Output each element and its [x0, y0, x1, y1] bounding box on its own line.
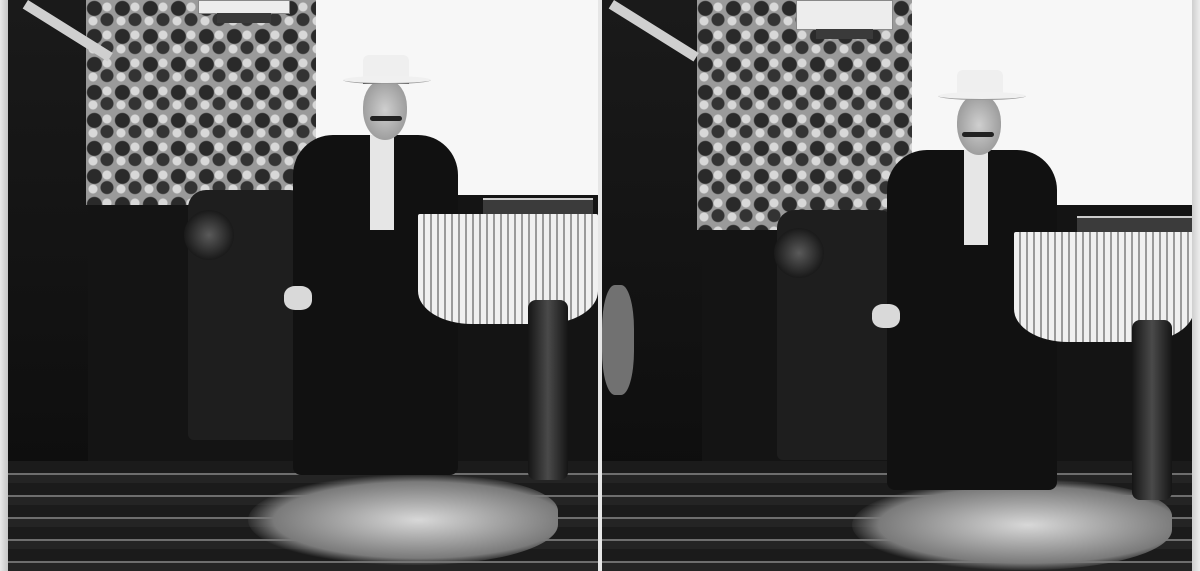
mustache [370, 116, 402, 121]
wall-picture [198, 0, 290, 14]
hat-brim [938, 92, 1026, 100]
table-leg [1132, 320, 1172, 500]
wall-picture [796, 0, 893, 30]
chair-arm-scroll [184, 210, 234, 260]
doorway [8, 0, 88, 470]
mustache [962, 132, 994, 137]
face [363, 80, 407, 140]
shirt [964, 150, 988, 245]
floral-wallpaper [697, 0, 912, 230]
table-leg [528, 300, 568, 480]
stereo-view-left [8, 0, 598, 571]
photo-edge-right [1192, 0, 1200, 571]
fur-rug [248, 475, 558, 565]
stereo-view-right [602, 0, 1194, 571]
hat-brim [343, 76, 431, 84]
shirt [370, 135, 394, 230]
hand [284, 286, 312, 310]
fringed-tablecloth [418, 214, 598, 324]
fur-rug [852, 480, 1172, 570]
face [957, 95, 1001, 155]
doorway [602, 0, 702, 480]
light-reflection [602, 285, 634, 395]
chair-arm-scroll [774, 228, 824, 278]
hand [872, 304, 900, 328]
floral-wallpaper [86, 0, 316, 205]
